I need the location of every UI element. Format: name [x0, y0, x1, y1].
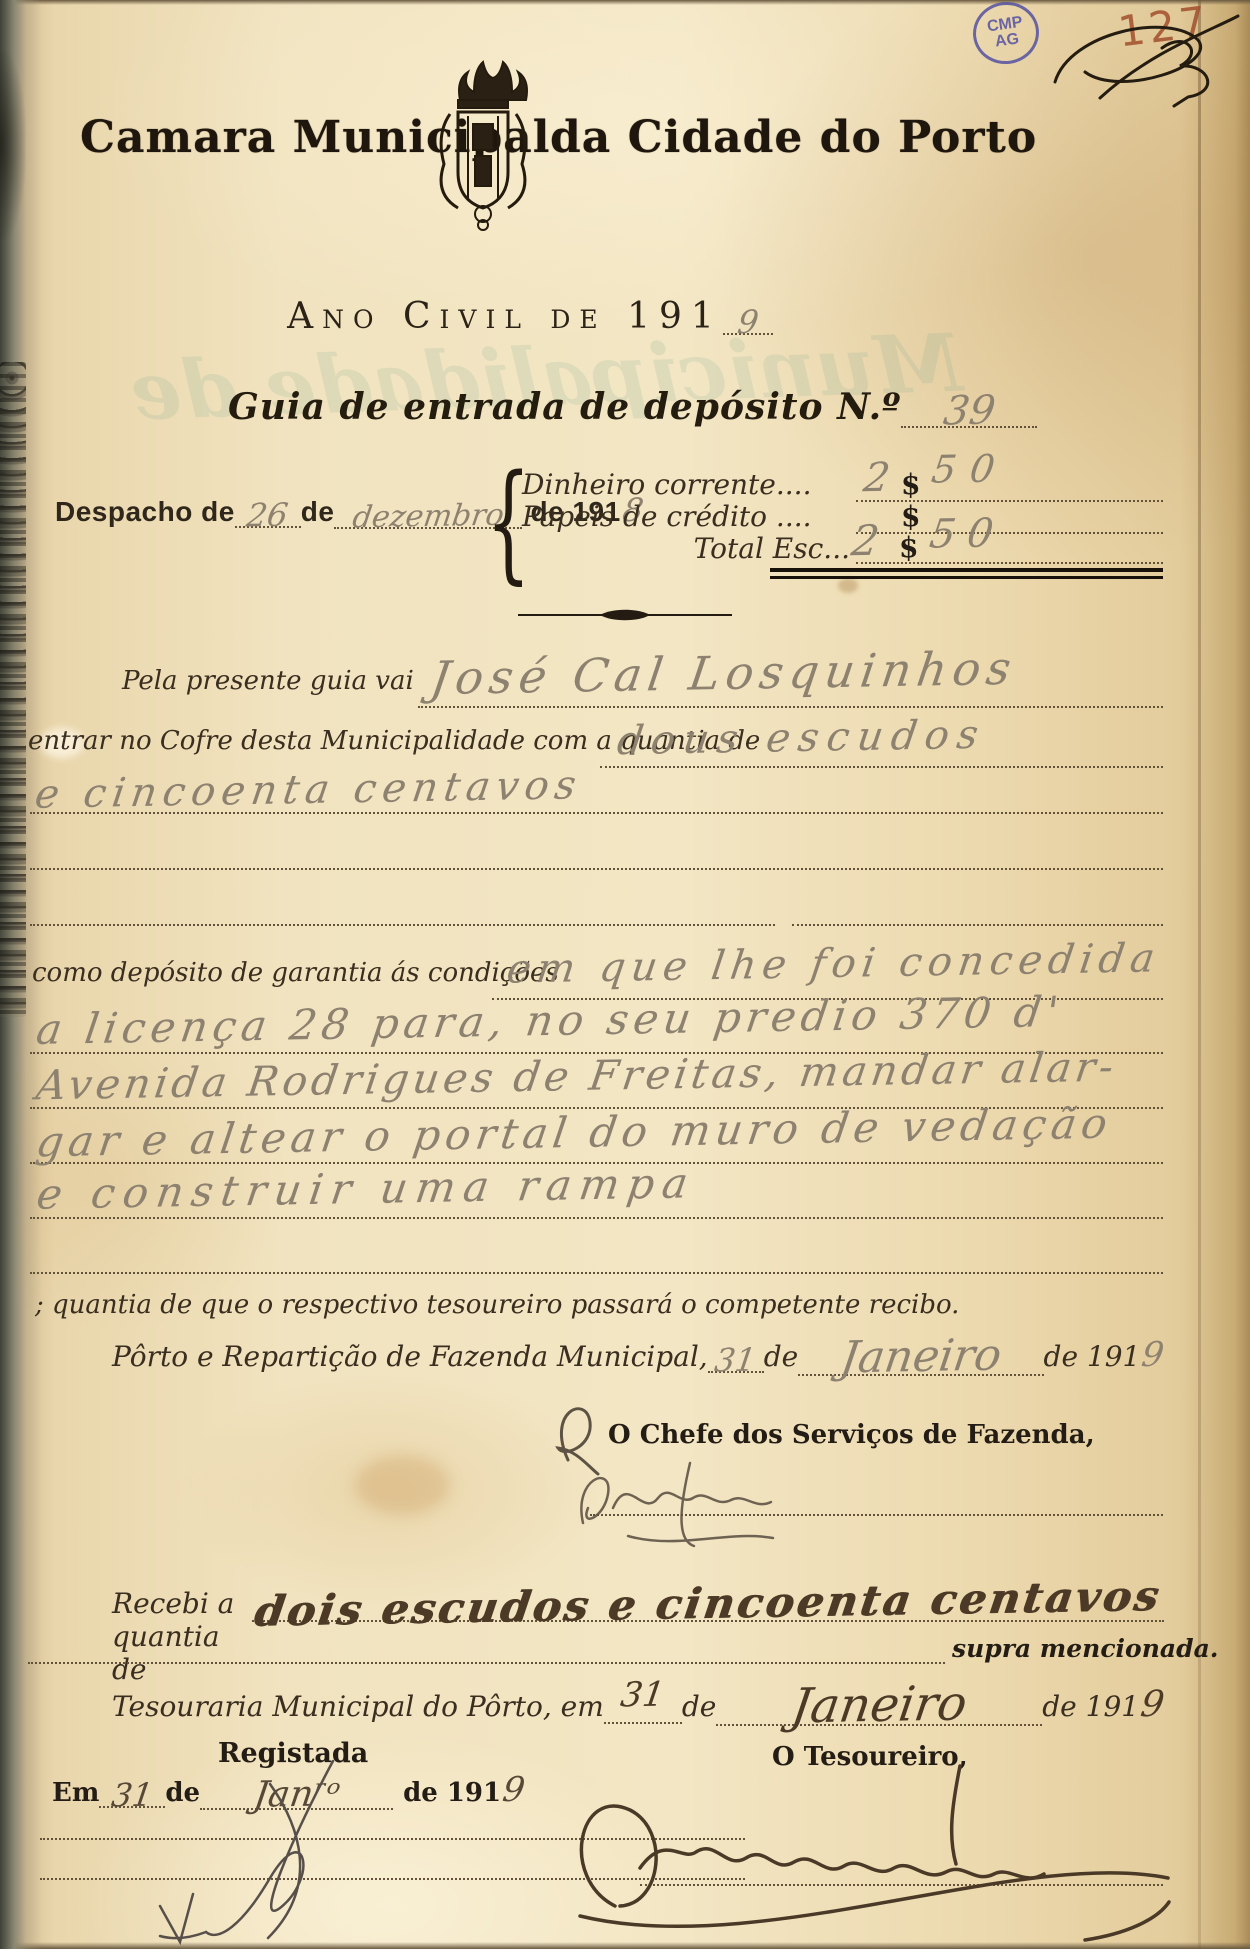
purpose-handwritten-3: Avenida Rodrigues de Freitas, mandar ala… — [34, 1047, 1120, 1107]
tesouraria-printed: Tesouraria Municipal do Pôrto, em — [112, 1690, 604, 1723]
place-date-day-handwritten: 31 — [713, 1344, 758, 1377]
tesouraria-year-handwritten: 9 — [1139, 1687, 1167, 1723]
dotted-line — [792, 924, 1163, 926]
amount-label-papeis: Papeis de crédito .... — [522, 500, 812, 533]
header-title-right: da Cidade do Porto — [550, 112, 1037, 163]
place-date-year-handwritten: 9 — [1140, 1338, 1166, 1372]
dotted-line — [30, 924, 775, 926]
despacho-month-handwritten: dezembro — [351, 501, 506, 534]
recebi-printed: Recebi a quantia de — [112, 1587, 252, 1686]
dotted-line — [30, 868, 1163, 870]
ornamental-border-strip — [0, 362, 26, 1017]
coat-of-arms — [430, 52, 536, 232]
section-divider — [518, 606, 732, 622]
archive-stamp: CMP AG — [969, 0, 1043, 68]
registada-em: Em — [52, 1778, 99, 1808]
tesouraria-de: de — [682, 1690, 717, 1723]
tesouraria-line: Tesouraria Municipal do Pôrto, em 31 de … — [112, 1676, 1164, 1726]
supra-mencionada: supra mencionada. — [952, 1634, 1219, 1663]
purpose-handwritten-5: e construir uma rampa — [34, 1162, 698, 1215]
currency-sign: $ — [901, 468, 920, 501]
amount-total-centavos: 50 — [927, 513, 1008, 554]
page-number-flourish — [1040, 10, 1245, 115]
registada-signature — [118, 1756, 463, 1948]
body-line1-printed: Pela presente guia vai — [122, 666, 414, 696]
dotted-line — [418, 706, 1163, 708]
dotted-line — [600, 766, 1163, 768]
year-line: Ano Civil de 191 9 — [180, 296, 880, 337]
deposit-number-handwritten: 39 — [941, 391, 998, 432]
despacho-day-handwritten: 26 — [245, 499, 290, 532]
tesoureiro-signature — [520, 1756, 1190, 1948]
purpose-handwritten-2: a licença 28 para, no seu predio 370 d' — [34, 991, 1066, 1051]
amount-label-dinheiro: Dinheiro corrente.... — [522, 468, 811, 501]
despacho-label: Despacho de — [55, 496, 235, 528]
currency-sign: $ — [901, 500, 920, 533]
amount-words-handwritten-2: e cincoenta centavos — [32, 765, 584, 815]
purpose-handwritten-1: em que lhe foi concedida — [504, 938, 1163, 989]
binding-corner-shadow — [0, 50, 26, 240]
amount-dinheiro-escudos: 2 — [861, 458, 892, 498]
dotted-line — [590, 1514, 1163, 1516]
tesouraria-month-handwritten: Janeiro — [788, 1679, 970, 1730]
document-title: Guia de entrada de depósito N.º 39 — [228, 386, 1037, 428]
amount-label-total: Total Esc... — [620, 532, 850, 565]
chefe-title: O Chefe dos Serviços de Fazenda, — [608, 1420, 1095, 1450]
place-date-line: Pôrto e Repartição de Fazenda Municipal,… — [112, 1330, 1164, 1376]
tesouraria-day-handwritten: 31 — [619, 1678, 667, 1713]
deposit-purpose-printed: como depósito de garantia ás condições — [32, 958, 559, 988]
page-top-edge — [0, 0, 1250, 5]
year-line-printed: Ano Civil de 191 — [287, 296, 723, 337]
chefe-signature — [568, 1448, 788, 1553]
amount-dinheiro-centavos: 50 — [929, 449, 1011, 488]
place-date-printed: Pôrto e Repartição de Fazenda Municipal, — [112, 1340, 708, 1373]
recebi-line: Recebi a quantia de dois escudos e cinco… — [112, 1578, 1164, 1686]
purpose-handwritten-4: gar e altear o portal do muro de vedação — [34, 1103, 1115, 1164]
document-title-printed: Guia de entrada de depósito N.º — [228, 386, 901, 428]
tesouraria-de191: de 191 — [1042, 1690, 1139, 1723]
closing-clause-printed: ; quantia de que o respectivo tesoureiro… — [35, 1290, 959, 1320]
dotted-line — [30, 1272, 1163, 1274]
amount-total-escudos: 2 — [849, 520, 882, 562]
depositor-name-handwritten: José Cal Losquinhos — [428, 645, 1020, 701]
currency-sign: $ — [899, 531, 918, 564]
paper-stain — [355, 1455, 450, 1515]
year-digit-handwritten: 9 — [735, 306, 760, 338]
dotted-line — [28, 1662, 945, 1664]
place-date-de191: de 191 — [1044, 1340, 1141, 1373]
stamp-text-line2: AG — [994, 31, 1020, 50]
paper-stain — [838, 578, 858, 593]
recebi-amount-handwritten: dois escudos e cincoenta centavos — [252, 1575, 1164, 1633]
despacho-de: de — [301, 496, 335, 528]
dotted-line — [30, 1217, 1163, 1219]
amount-words-handwritten-1: dous escudos — [615, 715, 989, 761]
place-date-de: de — [764, 1340, 799, 1373]
document-page: Municipalidade de CMP AG 127 Camara Muni… — [0, 0, 1250, 1949]
total-double-rule — [770, 568, 1163, 579]
place-date-month-handwritten: Janeiro — [838, 1334, 1004, 1381]
